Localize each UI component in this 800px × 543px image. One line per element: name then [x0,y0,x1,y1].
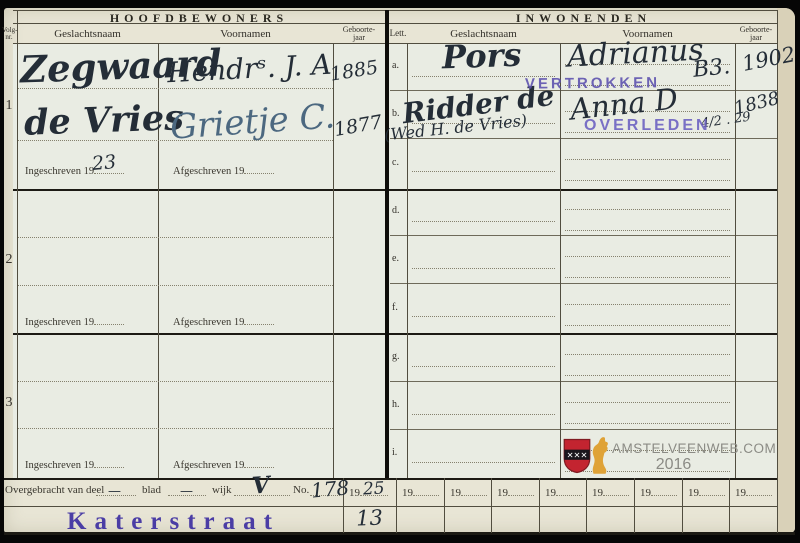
writing-line [565,423,730,424]
year-cell: 19 [402,485,439,499]
ingeschreven-label: Ingeschreven 19 [25,457,124,471]
hw-year-25: 25 [363,480,386,498]
stamp-overleden: OVERLEDEN [584,117,711,135]
row-letter: c. [392,157,399,168]
col-header-volg2: nr. [5,33,12,41]
row-letter: e. [392,253,399,264]
transfer-label: Overgebracht van deel [5,484,104,496]
year-cell: 19 [545,485,582,499]
writing-line [565,304,730,305]
rule [777,10,778,533]
row-letter: h. [392,399,400,410]
row-letter: i. [392,447,397,458]
year-cell: 19 [688,485,725,499]
col-header-geboortejaar-right: Geboorte- jaar [735,26,777,42]
rule [729,478,730,533]
rule [634,478,635,533]
writing-line [18,237,333,238]
writing-line [18,428,333,429]
rule [560,43,561,478]
rule [491,478,492,533]
rule [390,235,777,236]
rule [682,478,683,533]
hw-firstnames-2: Grietje C. [169,99,336,144]
writing-line [412,171,555,172]
col-header-voornamen-left: Voornamen [158,28,333,40]
row-number: 2 [3,252,15,268]
row-letter: b. [392,108,400,119]
scanned-register-card: HOOFDBEWONERS INWONENDEN Volg- nr. Gesla… [0,0,800,543]
writing-line [565,402,730,403]
watermark-site: AMSTELVEENWEB.COM [612,441,776,456]
writing-line [412,414,555,415]
stamp-vertrokken: VERTROKKEN [525,74,660,92]
no-label: No. [293,484,309,496]
year-cell: 19 [735,485,772,499]
col-header-geboortejaar-left: Geboorte- jaar [333,26,385,42]
rule [390,283,777,284]
hw-no-value: 178 [310,477,350,500]
svg-text:✕✕✕: ✕✕✕ [567,450,588,460]
writing-line [565,256,730,257]
watermark-lion-icon [588,434,610,476]
rule [586,478,587,533]
page-edge [777,8,795,533]
rule [390,381,777,382]
afgeschreven-label: Afgeschreven 19 [173,457,274,471]
row-separator [13,333,777,335]
rule [390,138,777,139]
rule [539,478,540,533]
col-header-volgnr: Volg- nr. [2,27,16,41]
hw-wijk-value: V [251,473,270,497]
rule [17,10,18,478]
footer-top-rule [4,478,777,480]
row-number: 3 [3,395,15,411]
hw-ingeschreven-year: 23 [91,153,117,174]
watermark-shield-icon: ✕✕✕ [563,438,591,474]
afgeschreven-label: Afgeschreven 19 [173,163,274,177]
section-title-inwonenden: INWONENDEN [390,11,777,26]
writing-line [565,230,730,231]
wijk-label: wijk [212,484,232,496]
writing-line [412,316,555,317]
col-header-jaar: jaar [750,33,762,42]
row-letter: f. [392,302,398,313]
writing-line [565,325,730,326]
stamp-street-name: Katerstraat [4,508,343,536]
writing-line [412,268,555,269]
rule [444,478,445,533]
row-number: 1 [3,98,15,114]
rule [390,429,777,430]
section-title-hoofdbewoners: HOOFDBEWONERS [13,11,385,26]
writing-line [18,381,333,382]
blad-label: blad [142,484,161,496]
hw-surname-a: Pors [441,39,521,74]
ingeschreven-label: Ingeschreven 19 [25,314,124,328]
hw-firstnames-1: Hendrˢ. J. A [166,51,332,88]
row-letter: d. [392,205,400,216]
hw-deel-value: — [108,485,121,498]
watermark-year: 2016 [612,456,735,474]
col-header-lett: Lett. [388,28,408,38]
hw-note-a: B3. [692,56,731,82]
writing-line [565,209,730,210]
col-header-geslachtsnaam-left: Geslachtsnaam [17,28,158,40]
row-letter: g. [392,351,400,362]
writing-line [412,366,555,367]
writing-line [565,159,730,160]
writing-line [565,354,730,355]
writing-line [412,221,555,222]
hw-blad-value: — [180,485,193,498]
writing-line [565,375,730,376]
col-header-jaar: jaar [353,33,365,42]
year-cell: 19 [640,485,677,499]
writing-line [18,285,333,286]
hw-firstnames-a: Adrianus [566,35,704,72]
year-cell: 19 [592,485,629,499]
writing-line [565,180,730,181]
section-divider [385,10,389,478]
hw-house-number: 13 [343,507,397,530]
row-separator [13,189,777,191]
year-cell: 19 [450,485,487,499]
row-letter: a. [392,60,399,71]
afgeschreven-label: Afgeschreven 19 [173,314,274,328]
hw-surname-2: de Vries [23,100,184,141]
year-cell: 19 [497,485,534,499]
writing-line [565,277,730,278]
writing-line [412,462,555,463]
